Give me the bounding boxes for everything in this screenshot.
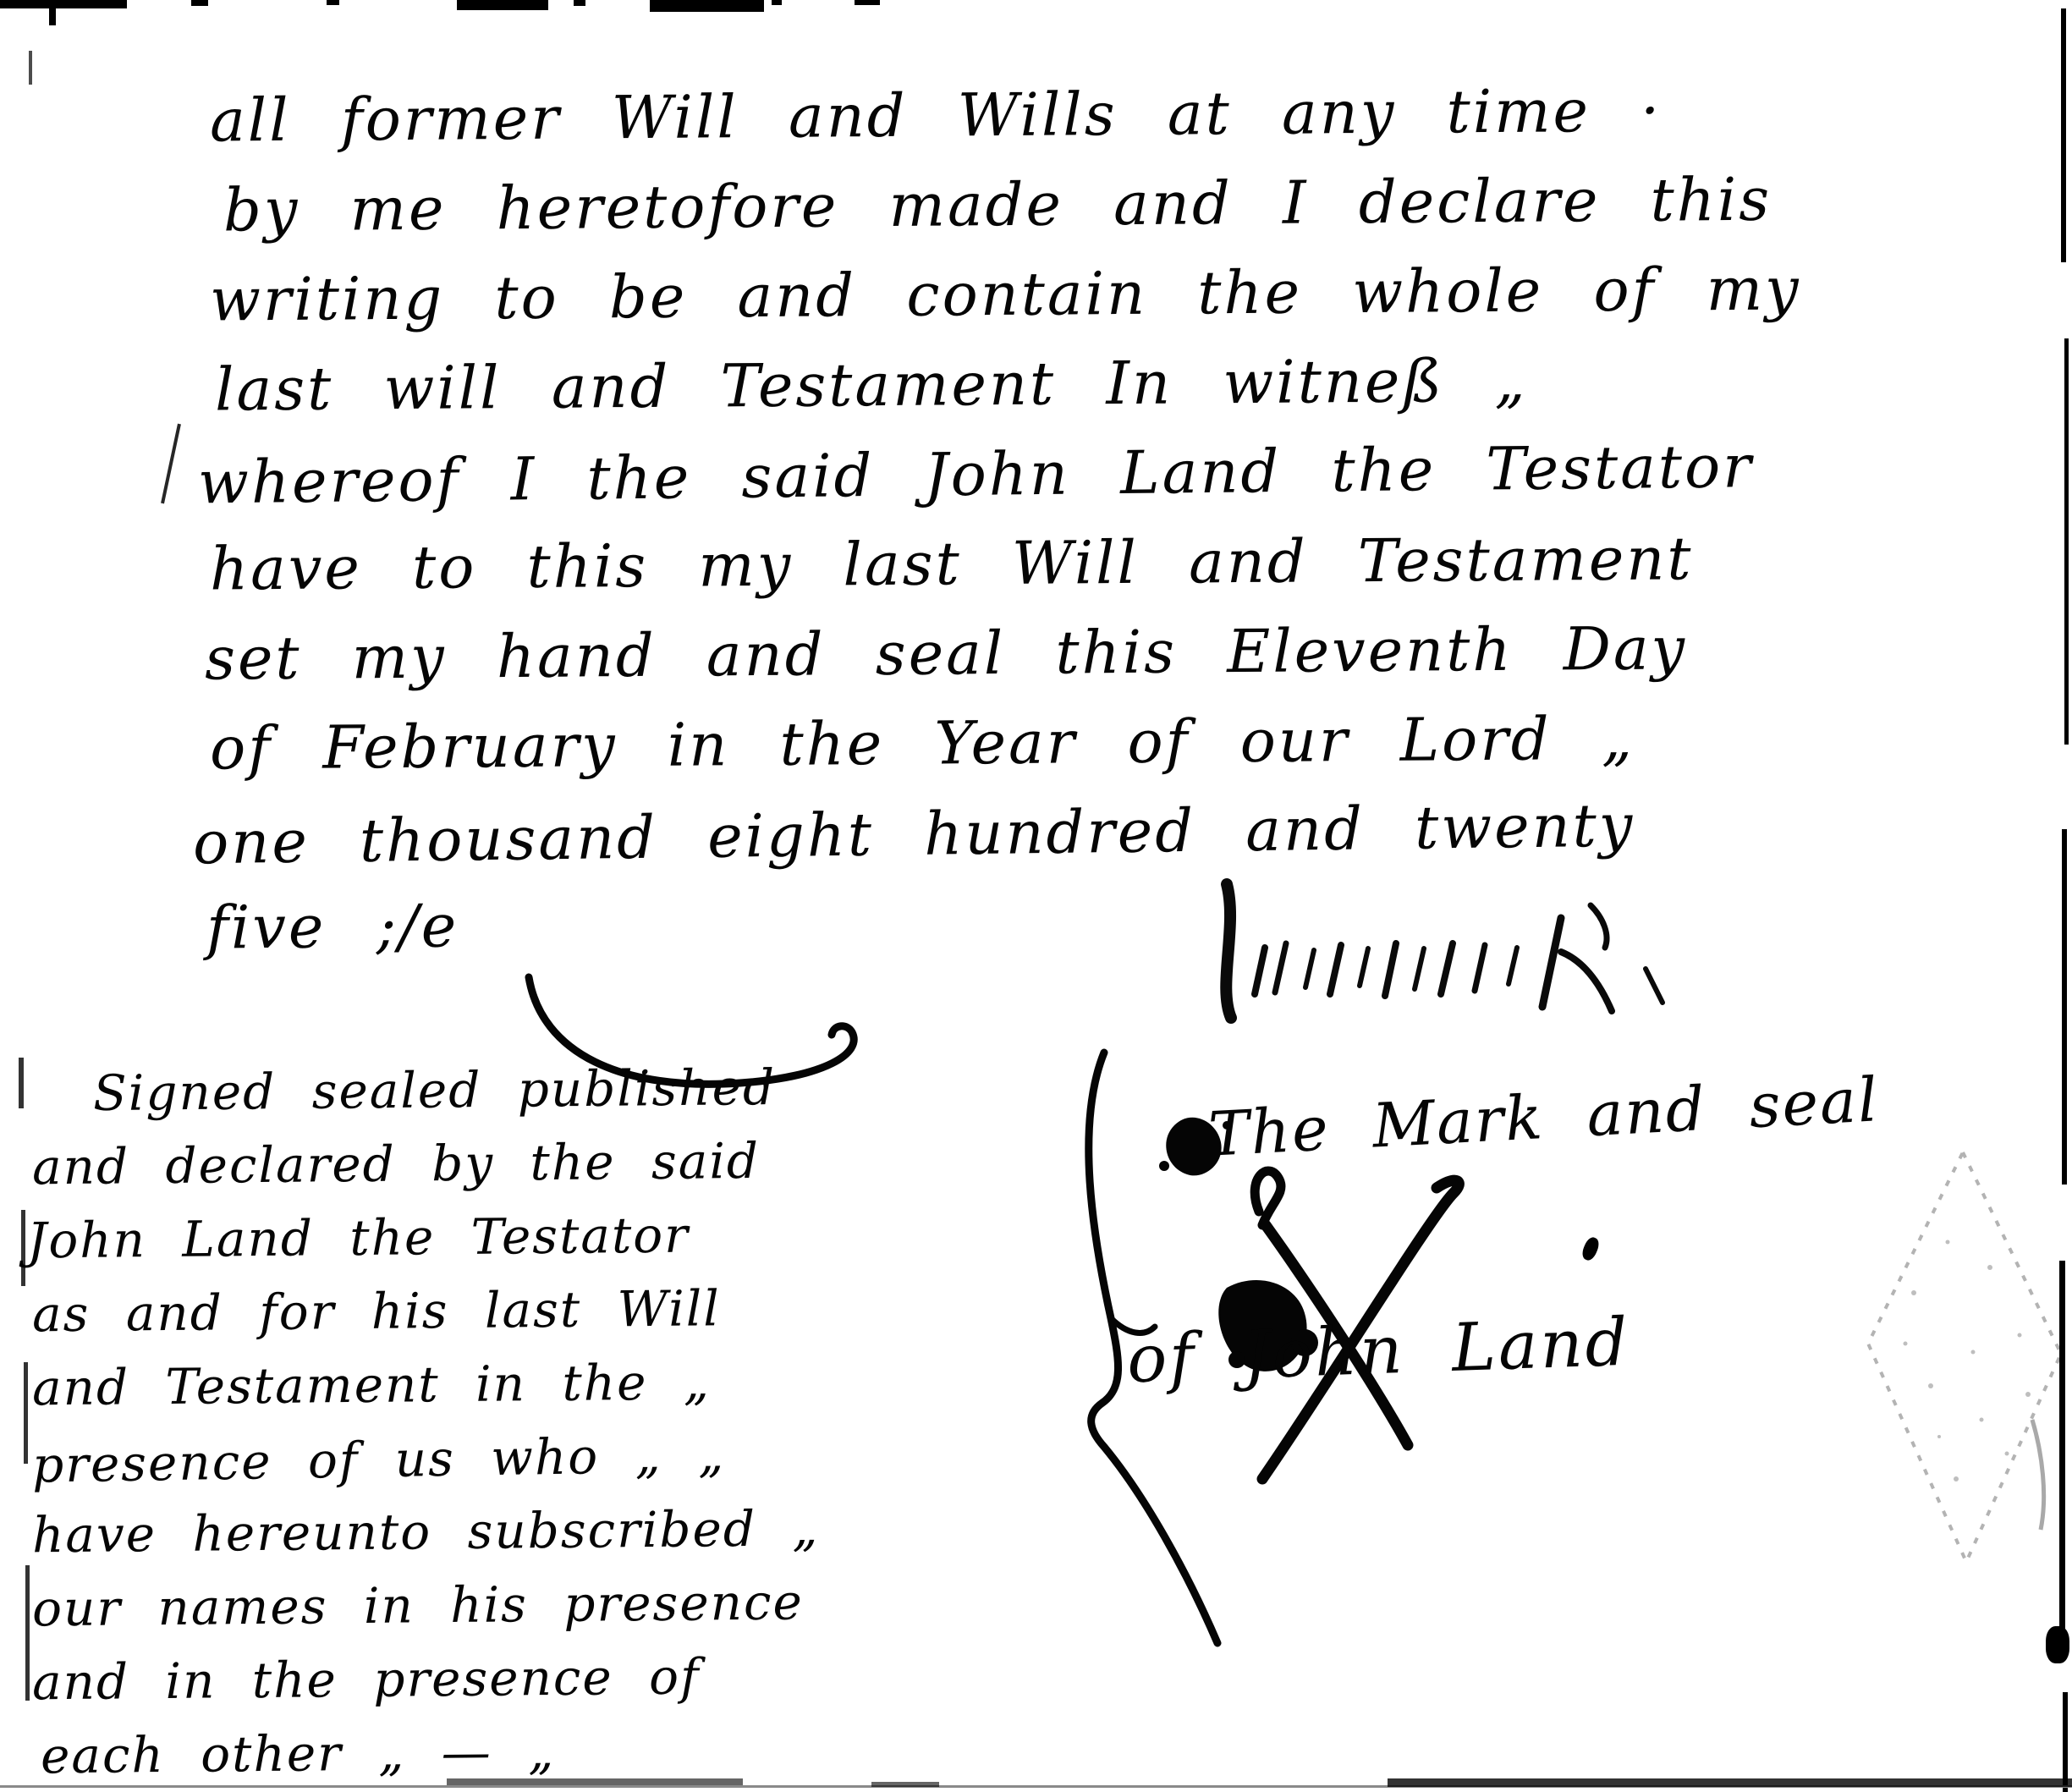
- manuscript-line: and in the presence of: [32, 1637, 1074, 1720]
- scan-artifact: [161, 424, 181, 504]
- scan-artifact: [49, 0, 56, 25]
- manuscript-line: and declared by the said: [32, 1122, 1074, 1205]
- scan-artifact: [2062, 829, 2067, 1185]
- scan-artifact: [191, 0, 208, 6]
- manuscript-line: by me heretofore made and I declare this: [223, 153, 2038, 256]
- manuscript-line: one thousand eight hundred and twenty: [192, 776, 2037, 888]
- manuscript-line: John Land the Testator: [27, 1196, 1074, 1278]
- attestation-clause: Signed sealed published and declared by …: [32, 1053, 1073, 1789]
- scan-artifact: [29, 51, 32, 85]
- manuscript-line: whereof I the said John Land the Testato…: [198, 419, 2038, 528]
- scan-artifact: [871, 1782, 939, 1787]
- scan-artifact: [24, 1362, 28, 1464]
- mark-caption-bottom: of John Land: [1126, 1305, 1631, 1399]
- scan-artifact: [1388, 1778, 2072, 1787]
- manuscript-line: writing to be and contain the whole of m…: [210, 242, 2038, 344]
- embossed-seal: [1855, 1141, 2072, 1572]
- manuscript-line: have to this my last Will and Testament: [210, 511, 2038, 613]
- scan-artifact: [650, 0, 764, 12]
- manuscript-line: and Testament in the „: [32, 1343, 1074, 1426]
- scan-artifact: [2061, 8, 2066, 262]
- scan-artifact: [772, 0, 782, 5]
- scan-artifact: [25, 1565, 30, 1701]
- manuscript-line: as and for his last Will: [32, 1269, 1074, 1352]
- manuscript-line: all former Will and Wills at any time ·: [210, 63, 2038, 165]
- scan-artifact: [327, 0, 339, 5]
- scan-artifact: [574, 0, 585, 6]
- scan-artifact: [457, 0, 548, 10]
- manuscript-line: Signed sealed published: [93, 1048, 1074, 1130]
- manuscript-line: last will and Testament In witneß „: [215, 332, 2038, 434]
- manuscript-line: have hereunto subscribed „: [32, 1490, 1074, 1573]
- manuscript-line: our names in his presence: [32, 1564, 1074, 1646]
- scan-artifact: [21, 1210, 25, 1286]
- manuscript-line: presence of us who „ „: [31, 1412, 1073, 1502]
- smudge-strikeout: [1206, 867, 1756, 1036]
- scan-artifact: [2064, 338, 2069, 745]
- manuscript-line: set my hand and seal this Eleventh Day: [205, 601, 2038, 703]
- manuscript-page: all former Will and Wills at any time · …: [0, 0, 2072, 1792]
- manuscript-line: of February in the Year of our Lord „: [210, 690, 2038, 793]
- scan-artifact: [2063, 1692, 2068, 1792]
- main-paragraph: all former Will and Wills at any time · …: [210, 69, 2037, 966]
- scan-artifact: [2059, 1261, 2065, 1650]
- scan-artifact: [855, 0, 880, 5]
- scan-artifact: [0, 0, 127, 8]
- scan-artifact: [2046, 1626, 2069, 1663]
- scan-artifact: [1580, 1235, 1601, 1262]
- scan-artifact: [19, 1058, 24, 1108]
- scan-artifact: [447, 1778, 743, 1785]
